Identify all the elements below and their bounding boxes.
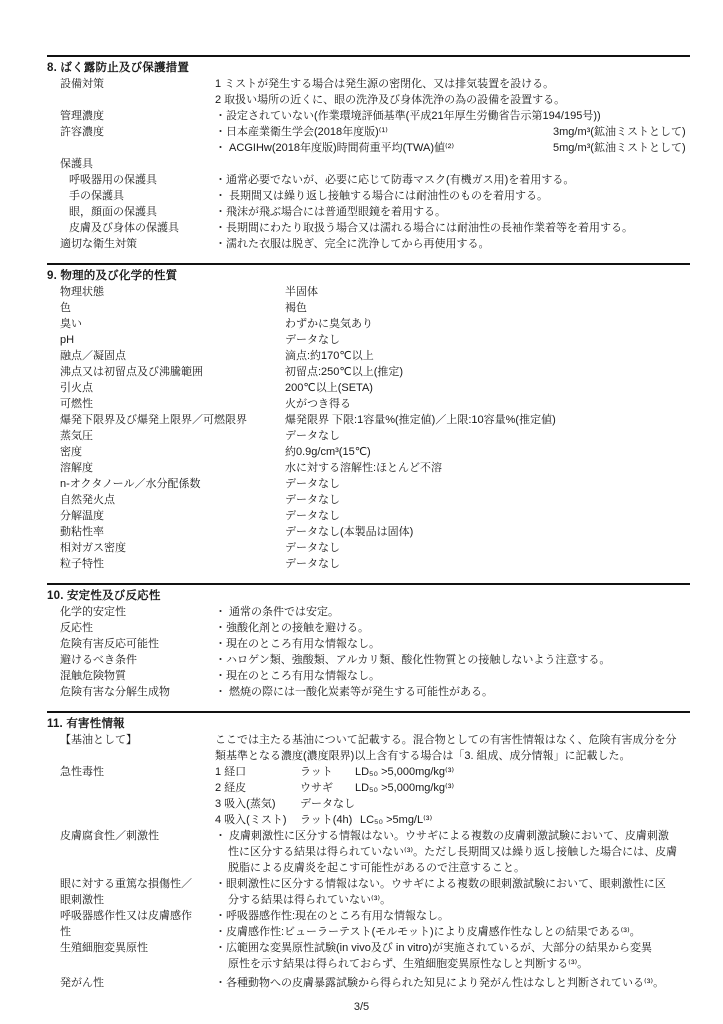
property-value: データなし(本製品は固体) [285, 524, 690, 540]
value-line: 200℃以上(SETA) [285, 380, 690, 396]
value-line: 約0.9g/cm³(15℃) [285, 444, 690, 460]
property-value: ・ 皮膚刺激性に区分する情報はない。ウサギによる複数の皮膚刺激試験において、皮膚… [215, 828, 690, 876]
property-label-line: 眼，顔面の保護具 [69, 204, 215, 220]
property-label-line: 物理状態 [60, 284, 285, 300]
property-label: 設備対策 [60, 76, 215, 92]
property-row: 爆発下限界及び爆発上限界／可燃限界爆発限界 下限:1容量%(推定値)／上限:10… [47, 412, 690, 428]
property-label-line: 眼に対する重篤な損傷性／ [60, 876, 215, 892]
property-label-line: 避けるべき条件 [60, 652, 215, 668]
property-row: 沸点又は初留点及び沸騰範囲初留点:250℃以上(推定) [47, 364, 690, 380]
property-label: 分解温度 [60, 508, 285, 524]
value-line: 水に対する溶解性:ほとんど不溶 [285, 460, 690, 476]
property-row: 【基油として】ここでは主たる基油について記載する。混合物としての有害性情報はなく… [47, 732, 690, 764]
property-label: 蒸気圧 [60, 428, 285, 444]
property-label-line: 臭い [60, 316, 285, 332]
property-value: 1 経口ラットLD₅₀ >5,000mg/kg⁽³⁾2 経皮ウサギLD₅₀ >5… [215, 764, 690, 828]
property-label: 可燃性 [60, 396, 285, 412]
property-label-line: 分解温度 [60, 508, 285, 524]
property-value: ・濡れた衣服は脱ぎ、完全に洗浄してから再使用する。 [215, 236, 690, 252]
property-label: 色 [60, 300, 285, 316]
value-line: 1 経口ラットLD₅₀ >5,000mg/kg⁽³⁾ [215, 764, 690, 780]
value-segment: LD₅₀ >5,000mg/kg⁽³⁾ [355, 764, 454, 780]
property-value: 1 ミストが発生する場合は発生源の密閉化、又は排気装置を設ける。2 取扱い場所の… [215, 76, 690, 108]
property-value: 半固体 [285, 284, 690, 300]
property-label-line: 引火点 [60, 380, 285, 396]
property-row: 可燃性火がつき得る [47, 396, 690, 412]
property-value: データなし [285, 428, 690, 444]
property-value: ・広範囲な変異原性試験(in vivo及び in vitro)が実施されているが… [215, 940, 690, 972]
value-line: 性に区分する結果は得られていない⁽³⁾。ただし長期間又は繰り返し接触した場合には… [215, 844, 690, 860]
value-line: 滴点:約170℃以上 [285, 348, 690, 364]
section-9-physical-chemical-properties: 9. 物理的及び化学的性質物理状態半固体色褐色臭いわずかに臭気ありpHデータなし… [47, 263, 690, 572]
value-line: 類基準となる濃度(濃度限界)以上含有する場合は「3. 組成、成分情報」に記載した… [215, 748, 690, 764]
property-label-line: 粒子特性 [60, 556, 285, 572]
value-segment: 4 吸入(ミスト) [215, 812, 300, 828]
property-label: 眼，顔面の保護具 [60, 204, 215, 220]
property-label-line: 爆発下限界及び爆発上限界／可燃限界 [60, 412, 285, 428]
property-value: データなし [285, 492, 690, 508]
property-label: 物理状態 [60, 284, 285, 300]
property-row: 化学的安定性・ 通常の条件では安定。 [47, 604, 690, 620]
property-label-line: 保護具 [60, 156, 215, 172]
value-line: 4 吸入(ミスト)ラット(4h)LC₅₀ >5mg/L⁽³⁾ [215, 812, 690, 828]
property-label: 沸点又は初留点及び沸騰範囲 [60, 364, 285, 380]
property-value: データなし [285, 540, 690, 556]
property-label: 密度 [60, 444, 285, 460]
property-value: 初留点:250℃以上(推定) [285, 364, 690, 380]
property-label: 避けるべき条件 [60, 652, 215, 668]
property-label: 混触危険物質 [60, 668, 215, 684]
value-line: ・濡れた衣服は脱ぎ、完全に洗浄してから再使用する。 [215, 236, 690, 252]
value-segment: 5mg/m³(鉱油ミストとして) [553, 140, 686, 156]
value-line: ・現在のところ有用な情報なし。 [215, 668, 690, 684]
property-value: データなし [285, 332, 690, 348]
value-line: データなし [285, 428, 690, 444]
property-label-line: 可燃性 [60, 396, 285, 412]
section-10-stability-reactivity: 10. 安定性及び反応性化学的安定性・ 通常の条件では安定。反応性・強酸化剤との… [47, 583, 690, 700]
property-label: 皮膚及び身体の保護具 [60, 220, 215, 236]
value-line: ・呼吸器感作性:現在のところ有用な情報なし。 [215, 908, 690, 924]
property-value: ・現在のところ有用な情報なし。 [215, 668, 690, 684]
property-label-line: 密度 [60, 444, 285, 460]
property-label-line: 蒸気圧 [60, 428, 285, 444]
property-label: 皮膚腐食性／刺激性 [60, 828, 215, 844]
section-rows: 設備対策1 ミストが発生する場合は発生源の密閉化、又は排気装置を設ける。2 取扱… [47, 76, 690, 252]
value-line: データなし [285, 492, 690, 508]
property-label: 溶解度 [60, 460, 285, 476]
property-label: 融点／凝固点 [60, 348, 285, 364]
property-value: ・長期間にわたり取扱う場合又は濡れる場合には耐油性の長袖作業着等を着用する。 [215, 220, 690, 236]
value-line: ・ 長期間又は繰り返し接触する場合には耐油性のものを着用する。 [215, 188, 690, 204]
property-label: 化学的安定性 [60, 604, 215, 620]
property-value: ・ 長期間又は繰り返し接触する場合には耐油性のものを着用する。 [215, 188, 690, 204]
property-value: ・強酸化剤との接触を避ける。 [215, 620, 690, 636]
value-segment: 2 経皮 [215, 780, 300, 796]
page-number: 3/5 [0, 999, 723, 1015]
property-label: 適切な衛生対策 [60, 236, 215, 252]
value-segment: ウサギ [300, 780, 355, 796]
property-label-line: 手の保護具 [69, 188, 215, 204]
value-line: 半固体 [285, 284, 690, 300]
property-label-line: 許容濃度 [60, 124, 215, 140]
value-line: 2 経皮ウサギLD₅₀ >5,000mg/kg⁽³⁾ [215, 780, 690, 796]
value-line: ・長期間にわたり取扱う場合又は濡れる場合には耐油性の長袖作業着等を着用する。 [215, 220, 690, 236]
value-line: 分する結果は得られていない⁽³⁾。 [215, 892, 690, 908]
value-line: ・ 燃焼の際には一酸化炭素等が発生する可能性がある。 [215, 684, 690, 700]
property-row: 自然発火点データなし [47, 492, 690, 508]
value-line: ・飛沫が飛ぶ場合には普通型眼鏡を着用する。 [215, 204, 690, 220]
property-label: 相対ガス密度 [60, 540, 285, 556]
property-label-line: 化学的安定性 [60, 604, 215, 620]
property-label-line: 動粘性率 [60, 524, 285, 540]
property-row: 避けるべき条件・ハロゲン類、強酸類、アルカリ類、酸化性物質との接触しないよう注意… [47, 652, 690, 668]
property-label-line: 融点／凝固点 [60, 348, 285, 364]
value-segment: 3 吸入(蒸気) [215, 796, 300, 812]
property-value: わずかに臭気あり [285, 316, 690, 332]
value-line: データなし [285, 508, 690, 524]
property-label-line: 皮膚腐食性／刺激性 [60, 828, 215, 844]
value-line: 3 吸入(蒸気)データなし [215, 796, 690, 812]
property-label-line: 危険有害な分解生成物 [60, 684, 215, 700]
property-row: n-オクタノール／水分配係数データなし [47, 476, 690, 492]
property-value: ・ハロゲン類、強酸類、アルカリ類、酸化性物質との接触しないよう注意する。 [215, 652, 690, 668]
property-row: 適切な衛生対策・濡れた衣服は脱ぎ、完全に洗浄してから再使用する。 [47, 236, 690, 252]
property-row: 呼吸器感作性又は皮膚感作性・呼吸器感作性:現在のところ有用な情報なし。・皮膚感作… [47, 908, 690, 940]
property-row: 危険有害反応可能性・現在のところ有用な情報なし。 [47, 636, 690, 652]
property-row: 皮膚腐食性／刺激性・ 皮膚刺激性に区分する情報はない。ウサギによる複数の皮膚刺激… [47, 828, 690, 876]
value-segment: ・日本産業衛生学会(2018年度版)⁽¹⁾ [215, 124, 553, 140]
property-label-line: 急性毒性 [60, 764, 215, 780]
section-heading: 9. 物理的及び化学的性質 [47, 268, 690, 284]
property-value: ・現在のところ有用な情報なし。 [215, 636, 690, 652]
property-row: 色褐色 [47, 300, 690, 316]
property-label-line: 自然発火点 [60, 492, 285, 508]
property-row: 管理濃度・設定されていない(作業環境評価基準(平成21年厚生労働省告示第194/… [47, 108, 690, 124]
property-value: ・ 通常の条件では安定。 [215, 604, 690, 620]
property-label-line: 皮膚及び身体の保護具 [69, 220, 215, 236]
section-rows: 化学的安定性・ 通常の条件では安定。反応性・強酸化剤との接触を避ける。危険有害反… [47, 604, 690, 700]
value-line: データなし [285, 540, 690, 556]
property-label-line: 溶解度 [60, 460, 285, 476]
property-row: 皮膚及び身体の保護具・長期間にわたり取扱う場合又は濡れる場合には耐油性の長袖作業… [47, 220, 690, 236]
value-line: 初留点:250℃以上(推定) [285, 364, 690, 380]
property-row: 急性毒性1 経口ラットLD₅₀ >5,000mg/kg⁽³⁾2 経皮ウサギLD₅… [47, 764, 690, 828]
value-line: 原性を示す結果は得られておらず、生殖細胞変異原性なしと判断する⁽³⁾。 [215, 956, 690, 972]
property-row: 呼吸器用の保護具・通常必要でないが、必要に応じて防毒マスク(有機ガス用)を着用す… [47, 172, 690, 188]
property-row: 手の保護具・ 長期間又は繰り返し接触する場合には耐油性のものを着用する。 [47, 188, 690, 204]
property-label-line: 沸点又は初留点及び沸騰範囲 [60, 364, 285, 380]
property-label: 呼吸器感作性又は皮膚感作性 [60, 908, 215, 940]
property-label: 眼に対する重篤な損傷性／眼刺激性 [60, 876, 215, 908]
value-line: ・ 通常の条件では安定。 [215, 604, 690, 620]
value-line: ・皮膚感作性:ビューラーテスト(モルモット)により皮膚感作性なしとの結果である⁽… [215, 924, 690, 940]
property-value: 火がつき得る [285, 396, 690, 412]
property-value: 滴点:約170℃以上 [285, 348, 690, 364]
property-label-line: 発がん性 [60, 975, 215, 991]
property-value: データなし [285, 556, 690, 572]
section-11-toxicological-information: 11. 有害性情報【基油として】ここでは主たる基油について記載する。混合物として… [47, 711, 690, 991]
value-line: ここでは主たる基油について記載する。混合物としての有害性情報はなく、危険有害成分… [215, 732, 690, 748]
property-label: n-オクタノール／水分配係数 [60, 476, 285, 492]
property-label: 粒子特性 [60, 556, 285, 572]
value-line: ・設定されていない(作業環境評価基準(平成21年厚生労働省告示第194/195号… [215, 108, 690, 124]
property-value: ここでは主たる基油について記載する。混合物としての有害性情報はなく、危険有害成分… [215, 732, 690, 764]
value-line: 2 取扱い場所の近くに、眼の洗浄及び身体洗浄の為の設備を設置する。 [215, 92, 690, 108]
property-label-line: 危険有害反応可能性 [60, 636, 215, 652]
value-line: 脱脂による皮膚炎を起こす可能性があるので注意すること。 [215, 860, 690, 876]
value-segment: ・ ACGIHw(2018年度版)時間荷重平均(TWA)値⁽²⁾ [215, 140, 553, 156]
property-value: データなし [285, 508, 690, 524]
value-line: 1 ミストが発生する場合は発生源の密閉化、又は排気装置を設ける。 [215, 76, 690, 92]
value-segment: データなし [300, 796, 355, 812]
property-label: 【基油として】 [60, 732, 215, 748]
value-line: ・通常必要でないが、必要に応じて防毒マスク(有機ガス用)を着用する。 [215, 172, 690, 188]
property-value: ・呼吸器感作性:現在のところ有用な情報なし。・皮膚感作性:ビューラーテスト(モル… [215, 908, 690, 940]
value-segment: LD₅₀ >5,000mg/kg⁽³⁾ [355, 780, 454, 796]
property-label-line: 呼吸器感作性又は皮膚感作 [60, 908, 215, 924]
property-value: ・飛沫が飛ぶ場合には普通型眼鏡を着用する。 [215, 204, 690, 220]
value-line: 褐色 [285, 300, 690, 316]
property-row: 反応性・強酸化剤との接触を避ける。 [47, 620, 690, 636]
property-row: 相対ガス密度データなし [47, 540, 690, 556]
property-row: 混触危険物質・現在のところ有用な情報なし。 [47, 668, 690, 684]
property-value: ・日本産業衛生学会(2018年度版)⁽¹⁾3mg/m³(鉱油ミストとして)・ A… [215, 124, 690, 156]
property-row: 眼，顔面の保護具・飛沫が飛ぶ場合には普通型眼鏡を着用する。 [47, 204, 690, 220]
property-label: 保護具 [60, 156, 215, 172]
value-line: データなし [285, 556, 690, 572]
property-label: pH [60, 332, 285, 348]
property-label: 反応性 [60, 620, 215, 636]
document-content: 8. ばく露防止及び保護措置設備対策1 ミストが発生する場合は発生源の密閉化、又… [47, 55, 690, 1002]
property-row: pHデータなし [47, 332, 690, 348]
property-value: ・通常必要でないが、必要に応じて防毒マスク(有機ガス用)を着用する。 [215, 172, 690, 188]
value-line: ・各種動物への皮膚暴露試験から得られた知見により発がん性はなしと判断されている⁽… [215, 975, 690, 991]
section-heading: 10. 安定性及び反応性 [47, 588, 690, 604]
property-label: 管理濃度 [60, 108, 215, 124]
value-segment: 3mg/m³(鉱油ミストとして) [553, 124, 686, 140]
property-value: 200℃以上(SETA) [285, 380, 690, 396]
property-label: 危険有害反応可能性 [60, 636, 215, 652]
section-rows: 物理状態半固体色褐色臭いわずかに臭気ありpHデータなし融点／凝固点滴点:約170… [47, 284, 690, 572]
value-line: ・日本産業衛生学会(2018年度版)⁽¹⁾3mg/m³(鉱油ミストとして) [215, 124, 690, 140]
property-value: ・各種動物への皮膚暴露試験から得られた知見により発がん性はなしと判断されている⁽… [215, 975, 690, 991]
property-row: 設備対策1 ミストが発生する場合は発生源の密閉化、又は排気装置を設ける。2 取扱… [47, 76, 690, 108]
value-segment: LC₅₀ >5mg/L⁽³⁾ [360, 812, 432, 828]
property-value: データなし [285, 476, 690, 492]
value-line: ・強酸化剤との接触を避ける。 [215, 620, 690, 636]
sds-document-page: 8. ばく露防止及び保護措置設備対策1 ミストが発生する場合は発生源の密閉化、又… [0, 0, 723, 1024]
property-label-line: 呼吸器用の保護具 [69, 172, 215, 188]
property-label-line: 色 [60, 300, 285, 316]
property-label: 動粘性率 [60, 524, 285, 540]
property-value: 褐色 [285, 300, 690, 316]
property-row: 蒸気圧データなし [47, 428, 690, 444]
property-row: 臭いわずかに臭気あり [47, 316, 690, 332]
property-value: 水に対する溶解性:ほとんど不溶 [285, 460, 690, 476]
section-rows: 【基油として】ここでは主たる基油について記載する。混合物としての有害性情報はなく… [47, 732, 690, 991]
property-row: 溶解度水に対する溶解性:ほとんど不溶 [47, 460, 690, 476]
property-label: 生殖細胞変異原性 [60, 940, 215, 956]
value-line: ・ハロゲン類、強酸類、アルカリ類、酸化性物質との接触しないよう注意する。 [215, 652, 690, 668]
property-row: 密度約0.9g/cm³(15℃) [47, 444, 690, 460]
property-label-line: 反応性 [60, 620, 215, 636]
property-label-line: 管理濃度 [60, 108, 215, 124]
value-line: 火がつき得る [285, 396, 690, 412]
property-row: 危険有害な分解生成物・ 燃焼の際には一酸化炭素等が発生する可能性がある。 [47, 684, 690, 700]
value-line: ・ 皮膚刺激性に区分する情報はない。ウサギによる複数の皮膚刺激試験において、皮膚… [215, 828, 690, 844]
property-label-line: 混触危険物質 [60, 668, 215, 684]
property-label-line: 設備対策 [60, 76, 215, 92]
value-line: ・眼刺激性に区分する情報はない。ウサギによる複数の眼刺激試験において、眼刺激性に… [215, 876, 690, 892]
section-heading: 8. ばく露防止及び保護措置 [47, 60, 690, 76]
value-line: わずかに臭気あり [285, 316, 690, 332]
property-row: 引火点200℃以上(SETA) [47, 380, 690, 396]
property-label: 発がん性 [60, 975, 215, 991]
property-row: 眼に対する重篤な損傷性／眼刺激性・眼刺激性に区分する情報はない。ウサギによる複数… [47, 876, 690, 908]
property-label-line: n-オクタノール／水分配係数 [60, 476, 285, 492]
property-label: 手の保護具 [60, 188, 215, 204]
property-label-line: 性 [60, 924, 215, 940]
property-label-line: 相対ガス密度 [60, 540, 285, 556]
property-label: 危険有害な分解生成物 [60, 684, 215, 700]
property-row: 粒子特性データなし [47, 556, 690, 572]
property-row: 融点／凝固点滴点:約170℃以上 [47, 348, 690, 364]
value-line: ・現在のところ有用な情報なし。 [215, 636, 690, 652]
property-value: 約0.9g/cm³(15℃) [285, 444, 690, 460]
property-label-line: 【基油として】 [60, 732, 215, 748]
property-row: 保護具 [47, 156, 690, 172]
property-label: 自然発火点 [60, 492, 285, 508]
value-segment: ラット(4h) [300, 812, 360, 828]
value-segment: ラット [300, 764, 355, 780]
property-row: 分解温度データなし [47, 508, 690, 524]
property-label-line: 眼刺激性 [60, 892, 215, 908]
property-value: ・眼刺激性に区分する情報はない。ウサギによる複数の眼刺激試験において、眼刺激性に… [215, 876, 690, 908]
value-line: ・ ACGIHw(2018年度版)時間荷重平均(TWA)値⁽²⁾5mg/m³(鉱… [215, 140, 690, 156]
property-row: 生殖細胞変異原性・広範囲な変異原性試験(in vivo及び in vitro)が… [47, 940, 690, 972]
property-row: 物理状態半固体 [47, 284, 690, 300]
value-line: データなし [285, 332, 690, 348]
property-value: ・ 燃焼の際には一酸化炭素等が発生する可能性がある。 [215, 684, 690, 700]
property-label: 爆発下限界及び爆発上限界／可燃限界 [60, 412, 285, 428]
section-8-exposure-controls: 8. ばく露防止及び保護措置設備対策1 ミストが発生する場合は発生源の密閉化、又… [47, 55, 690, 252]
value-line: ・広範囲な変異原性試験(in vivo及び in vitro)が実施されているが… [215, 940, 690, 956]
property-row: 発がん性・各種動物への皮膚暴露試験から得られた知見により発がん性はなしと判断され… [47, 975, 690, 991]
property-row: 許容濃度・日本産業衛生学会(2018年度版)⁽¹⁾3mg/m³(鉱油ミストとして… [47, 124, 690, 156]
value-line: データなし(本製品は固体) [285, 524, 690, 540]
value-line: データなし [285, 476, 690, 492]
property-label: 臭い [60, 316, 285, 332]
value-segment: 1 経口 [215, 764, 300, 780]
section-heading: 11. 有害性情報 [47, 716, 690, 732]
property-value: 爆発限界 下限:1容量%(推定値)／上限:10容量%(推定値) [285, 412, 690, 428]
property-label: 急性毒性 [60, 764, 215, 780]
property-label: 引火点 [60, 380, 285, 396]
property-row: 動粘性率データなし(本製品は固体) [47, 524, 690, 540]
value-line: 爆発限界 下限:1容量%(推定値)／上限:10容量%(推定値) [285, 412, 690, 428]
property-label-line: pH [60, 332, 285, 348]
property-label: 許容濃度 [60, 124, 215, 140]
property-value: ・設定されていない(作業環境評価基準(平成21年厚生労働省告示第194/195号… [215, 108, 690, 124]
property-label-line: 適切な衛生対策 [60, 236, 215, 252]
property-label: 呼吸器用の保護具 [60, 172, 215, 188]
property-label-line: 生殖細胞変異原性 [60, 940, 215, 956]
